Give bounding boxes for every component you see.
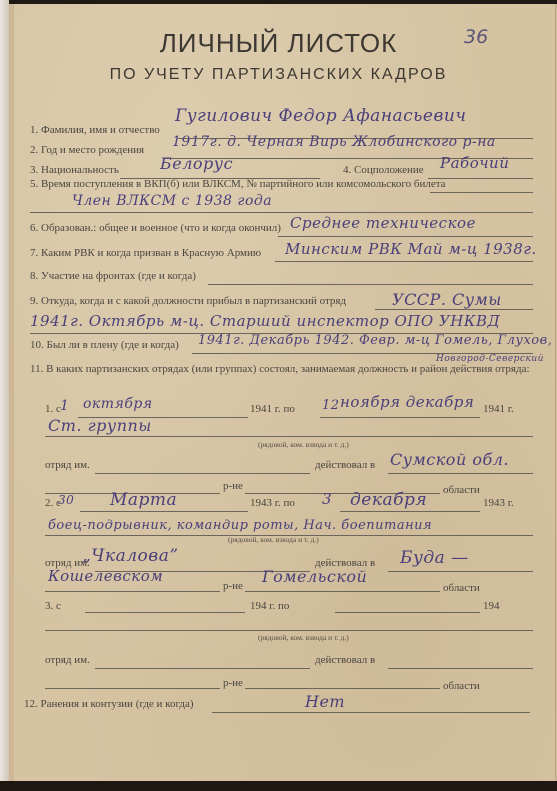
unit-1-acted-in: Сумской обл. — [390, 450, 509, 469]
field-line — [245, 591, 440, 592]
field-line — [45, 688, 220, 689]
field-value-conscription: Минским РВК Май м-ц 1938г. — [285, 240, 537, 258]
field-line — [340, 511, 480, 512]
unit-2-detachment: „Чкалова” — [82, 546, 179, 566]
field-value-education: Среднее техническое — [290, 214, 476, 232]
unit-2-from-month: Марта — [110, 490, 177, 510]
unit-3-position-hint: (рядовой, ком. взвода и т. д.) — [258, 633, 349, 642]
field-line — [388, 668, 533, 669]
unit-2-to-day: 3 — [322, 490, 332, 508]
field-line — [320, 417, 480, 418]
unit-2-district-label: р-не — [223, 580, 243, 592]
unit-1-position: Ст. группы — [48, 416, 152, 435]
unit-2-to-month: декабря — [350, 490, 427, 510]
field-label-education: 6. Образован.: общее и военное (что и ко… — [30, 222, 281, 234]
field-label-detachments: 11. В каких партизанских отрядах (или гр… — [30, 363, 530, 376]
field-line — [388, 473, 533, 474]
field-line — [335, 612, 480, 613]
field-label-party: 5. Время поступления в ВКП(б) или ВЛКСМ,… — [30, 178, 446, 190]
field-line — [80, 511, 248, 512]
unit-3-from-year: 194 г. по — [250, 600, 289, 612]
field-value-social-status: Рабочий — [440, 154, 509, 172]
unit-1-district-label: р-не — [223, 480, 243, 492]
scan-bottom-edge — [0, 781, 557, 791]
field-line — [95, 473, 310, 474]
field-label-name: 1. Фамилия, имя и отчество — [30, 124, 160, 136]
unit-2-region-label: области — [443, 582, 480, 594]
unit-1-acted-label: действовал в — [315, 459, 375, 471]
unit-1-number: 1. с — [45, 403, 61, 415]
unit-2-from-day: 30 — [58, 493, 74, 507]
field-line — [212, 712, 530, 713]
field-line — [45, 436, 533, 437]
unit-1-from-month: октября — [83, 396, 153, 412]
page-number: 36 — [464, 26, 488, 48]
unit-1-from-day: 1 — [60, 398, 69, 414]
unit-3-number: 3. с — [45, 600, 61, 612]
unit-3-to-year: 194 — [483, 600, 500, 612]
unit-3-detachment-label: отряд им. — [45, 654, 90, 666]
field-value-party: Член ВЛКСМ с 1938 года — [72, 193, 272, 209]
field-value-arrival-place: УССР. Сумы — [392, 290, 502, 309]
unit-3-region-label: области — [443, 680, 480, 692]
unit-2-to-year: 1943 г. — [483, 497, 514, 509]
field-value-birth: 1917г. д. Черная Вирь Жлобинского р-на — [172, 134, 496, 150]
field-line — [95, 668, 310, 669]
unit-2-district: Кошелевском — [48, 567, 163, 585]
unit-1-position-hint: (рядовой, ком. взвода и т. д.) — [258, 440, 349, 449]
unit-1-from-year: 1941 г. по — [250, 403, 295, 415]
field-label-arrival: 9. Откуда, когда и с какой должности при… — [30, 295, 346, 307]
field-line — [85, 612, 245, 613]
field-value-arrival-details: 1941г. Октябрь м-ц. Старший инспектор ОП… — [30, 312, 500, 330]
field-value-name: Гугилович Федор Афанасьевич — [175, 106, 466, 126]
field-label-fronts: 8. Участие на фронтах (где и когда) — [30, 270, 196, 282]
field-value-wounds: Нет — [305, 692, 345, 711]
unit-1-detachment-label: отряд им. — [45, 459, 90, 471]
field-line — [245, 688, 440, 689]
document-subtitle: ПО УЧЕТУ ПАРТИЗАНСКИХ КАДРОВ — [0, 66, 557, 84]
unit-1-region-label: области — [443, 484, 480, 496]
field-label-wounds: 12. Ранения и контузии (где и когда) — [24, 698, 194, 710]
field-line — [278, 236, 533, 237]
scan-left-edge — [0, 0, 9, 791]
field-label-conscription: 7. Каким РВК и когда призван в Красную А… — [30, 247, 261, 259]
field-label-nationality: 3. Национальность — [30, 164, 119, 176]
field-line — [375, 309, 533, 310]
field-line — [45, 630, 533, 631]
field-line — [430, 192, 533, 193]
unit-2-from-year: 1943 г. по — [250, 497, 295, 509]
field-line — [30, 212, 533, 213]
unit-1-to-year: 1941 г. — [483, 403, 514, 415]
unit-2-region: Гомельской — [262, 567, 367, 586]
field-line — [45, 591, 220, 592]
unit-2-position: боец-подрывник, командир роты, Нач. боеп… — [48, 518, 432, 533]
unit-3-district-label: р-не — [223, 677, 243, 689]
unit-2-acted-in: Буда — — [400, 548, 469, 568]
field-line — [388, 571, 533, 572]
field-label-birth: 2. Год и место рождения — [30, 144, 144, 156]
unit-1-to-day: 12 — [322, 398, 340, 413]
unit-2-position-hint: (рядовой, ком. взвода и т. д.) — [228, 535, 319, 544]
field-value-captivity: 1941г. Декабрь 1942. Февр. м-ц Гомель, Г… — [198, 333, 552, 348]
field-value-nationality: Белорус — [160, 154, 233, 173]
field-label-captivity: 10. Был ли в плену (где и когда) — [30, 339, 179, 351]
field-label-social-status: 4. Соцположение — [343, 164, 424, 176]
unit-3-acted-label: действовал в — [315, 654, 375, 666]
field-line — [275, 261, 533, 262]
field-line — [208, 284, 533, 285]
unit-1-to-month: ноября декабря — [340, 393, 474, 411]
